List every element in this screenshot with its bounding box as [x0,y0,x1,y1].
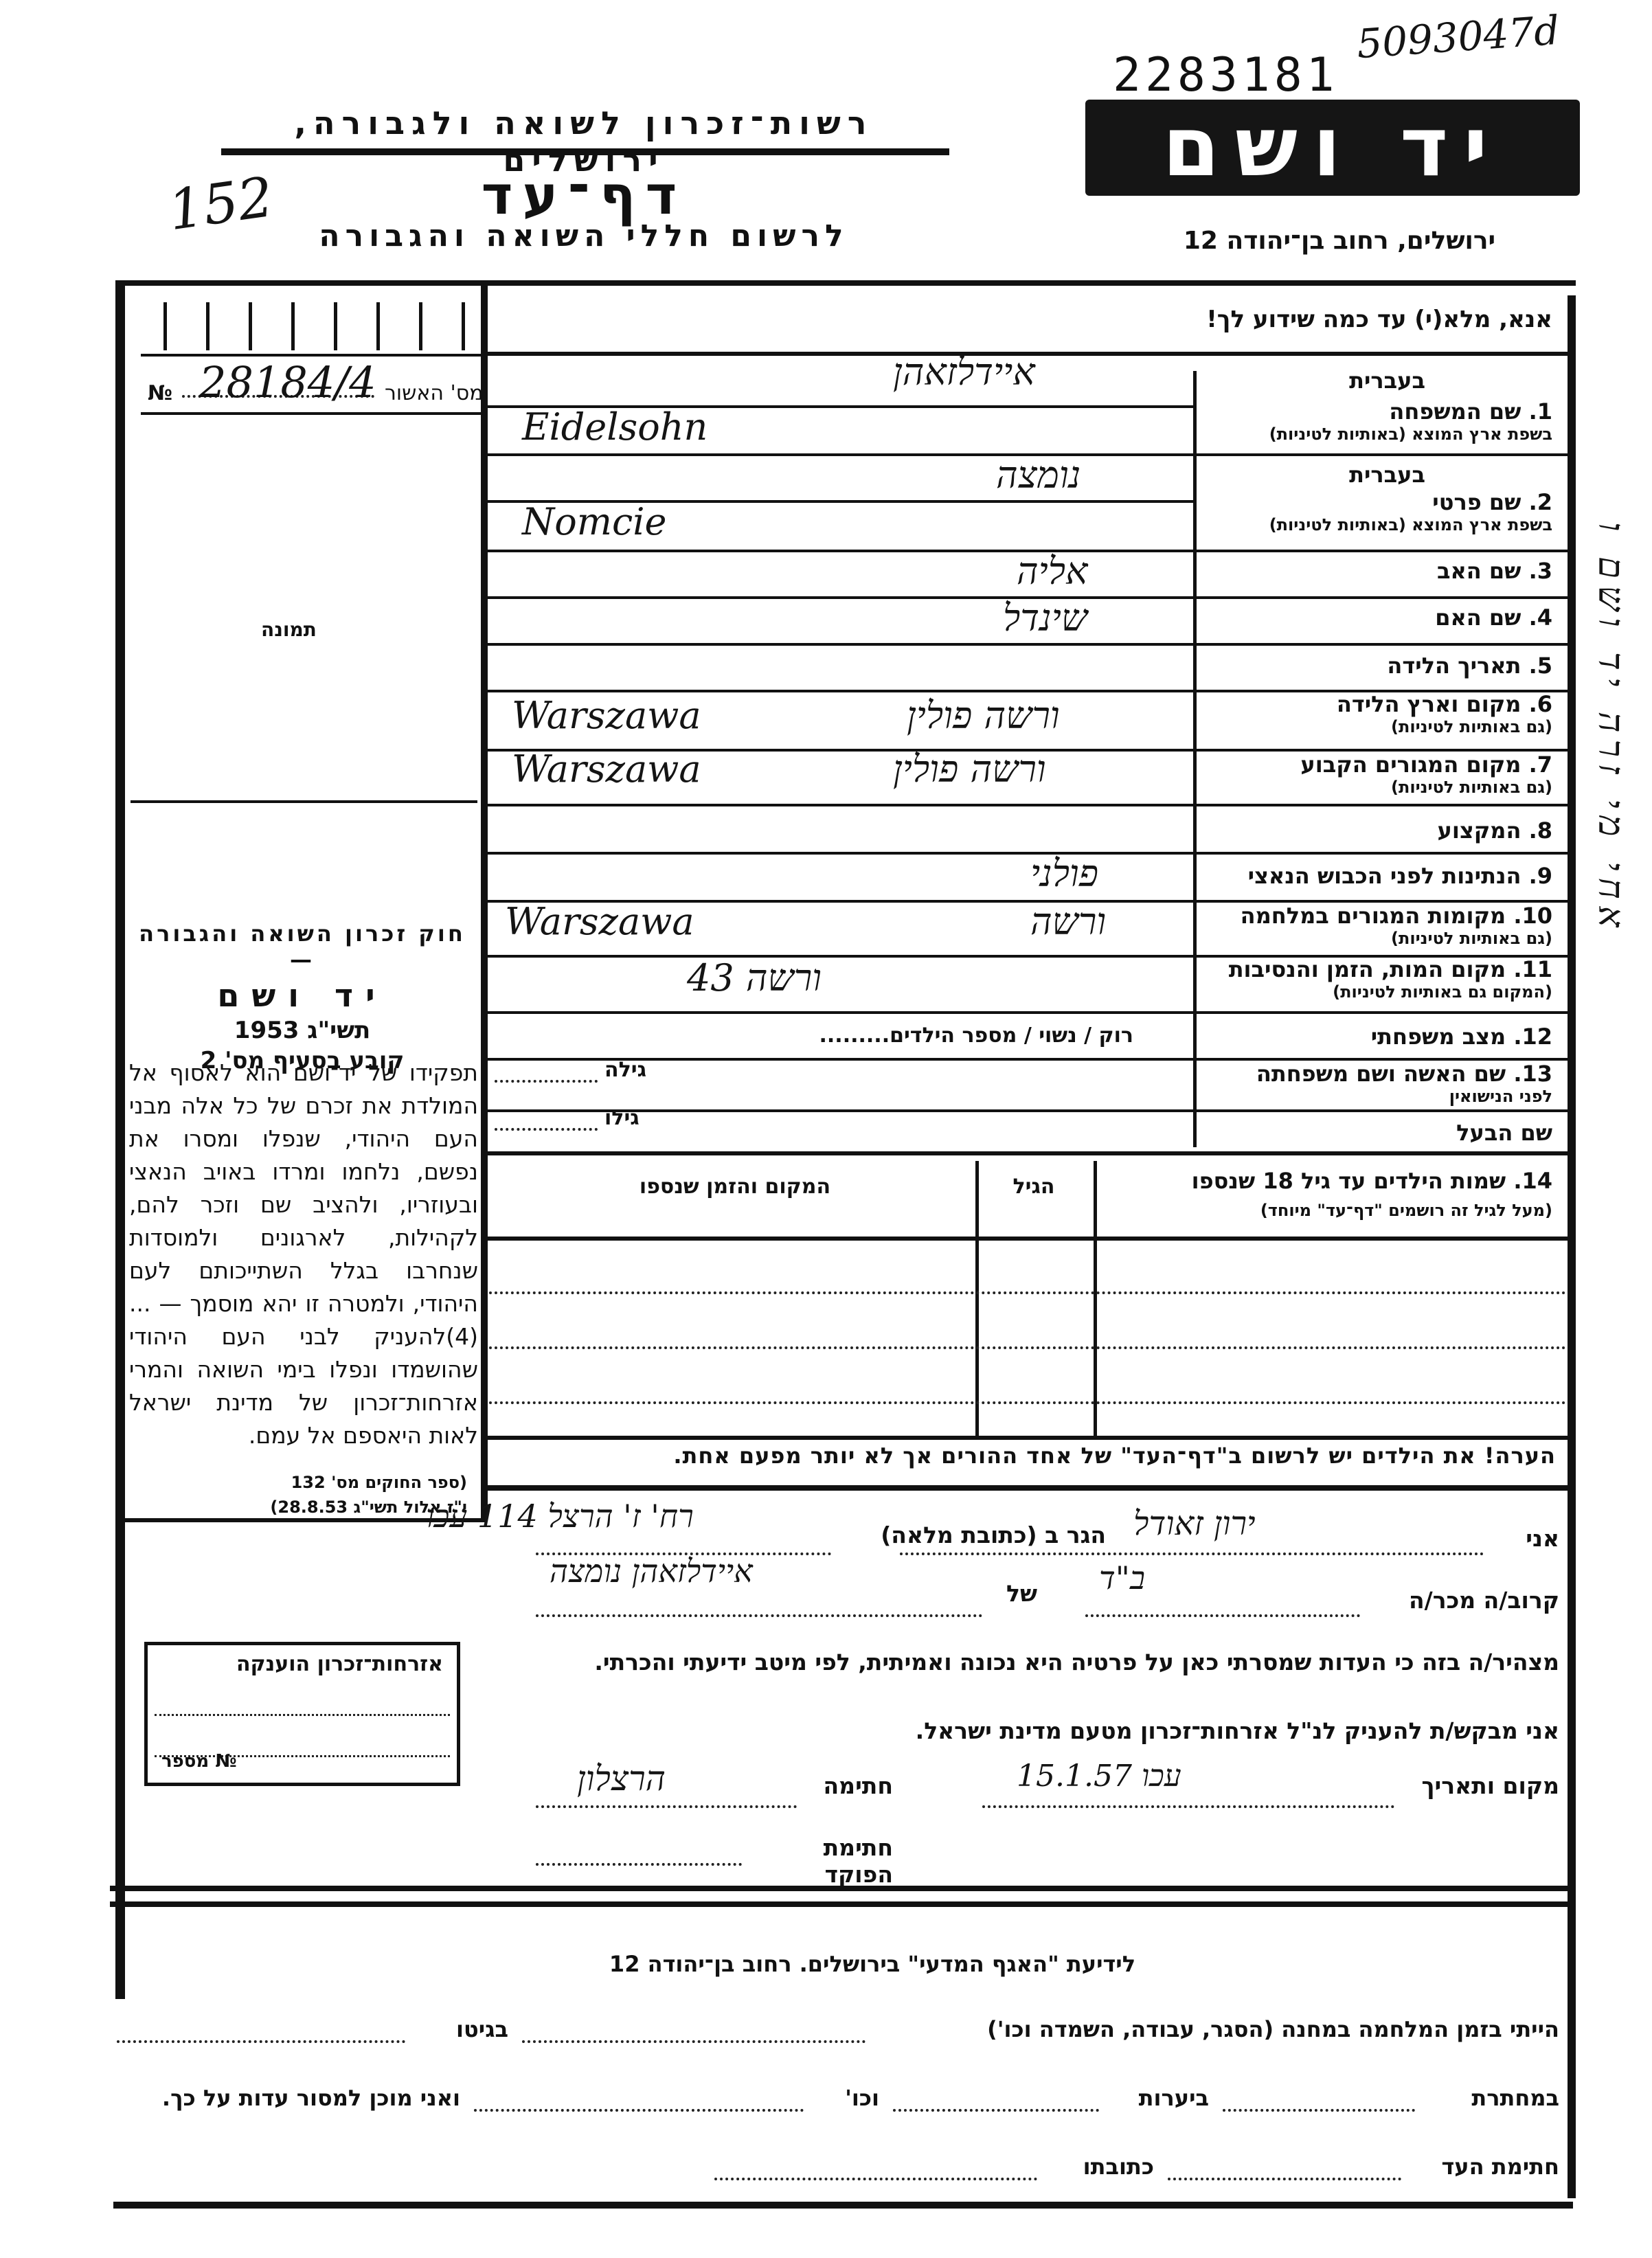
husband-age-label: גילו [604,1106,640,1130]
frame-left-border [115,282,125,1999]
scientific-dept-heading: לידיעת "האגף המדעי" בירושלים. רחוב בן־יה… [495,1951,1250,1977]
family-name-latin-value[interactable]: Eidelsohn [522,405,708,449]
relation-line [1085,1614,1360,1617]
family-name-hebrew-value[interactable]: איידלזאהן [893,350,1035,394]
children-note: הערה! את הילדים יש לרשום ב"דף־העד" של אח… [495,1443,1556,1469]
field-label-father-name: 3. שם האב [1199,558,1552,584]
witness-signature-field[interactable] [1168,2178,1401,2180]
witness-signature-label: חתימת העד [1415,2154,1559,2180]
approval-number-symbol: № [148,381,172,405]
deceased-line [536,1614,982,1617]
law-text: תפקידו של יד־ושם הוא לאסוף אל המולדת את … [129,1057,478,1452]
field-label-wife-name: 13. שם האשה ושם משפחתה לפני הנישואין [1199,1061,1552,1106]
children-section-header: 14. שמות הילדים עד גיל 18 שנספו (מעל לגי… [1099,1168,1552,1220]
tick-mark [249,302,252,350]
marital-status-options[interactable]: רוק / נשוי / מספר הילדים......... [721,1024,1133,1048]
birth-place-hebrew-value[interactable]: ורשה פולין [907,694,1060,737]
field-label-residence: 7. מקום המגורים הקבוע (גם באותיות לטיניו… [1199,752,1552,797]
label-column-divider [1193,371,1197,1147]
section-rule [110,1901,1573,1907]
declaration-statement: מצהיר/ה בזה כי העדות שמסרתי כאן על פרטיה… [495,1649,1559,1675]
signature-value[interactable]: הרצלון [577,1759,666,1798]
wartime-residence-latin-value[interactable]: Warszawa [505,900,694,943]
nationality-value[interactable]: פולני [1030,852,1098,895]
citizenship-box-title: אזרחות־זכרון הוענקה [236,1652,443,1676]
field-label-birth-place: 6. מקום וארץ הלידה (גם באותיות לטיניות) [1199,691,1552,736]
field-label-wartime-residence: 10. מקומות המגורים במלחמה (גם באותיות לט… [1199,903,1552,948]
field-label-death-place: 11. מקום המות, הזמן והנסיבות (המקום גם ב… [1199,956,1552,1002]
law-year: תשי"ג 1953 [131,1017,474,1044]
section-rule [110,1886,1573,1891]
submitter-name-value[interactable]: ירון זאודל [1133,1504,1256,1543]
rule [131,800,477,803]
field-label-first-name: 2. שם פרטי בשפת ארץ המוצא (באותיות לטיני… [1199,489,1552,534]
form-title: דף־עד [446,165,721,227]
children-col-place: המקום והזמן שנספו [495,1175,975,1199]
declaration-request: אני מבקש/ת להעניק לנ"ל אזרחות־זכרון מטעם… [495,1717,1559,1744]
etc-field[interactable] [474,2109,804,2112]
birth-place-latin-value[interactable]: Warszawa [512,694,701,737]
camp-line-label: הייתי בזמן המלחמה במחנה (הסגר, עבודה, הש… [886,2016,1559,2042]
father-name-value[interactable]: אליה [1017,550,1087,593]
law-yad-vashem: יד ושם [131,977,474,1014]
residence-latin-value[interactable]: Warszawa [512,747,701,791]
camp-field[interactable] [522,2040,865,2043]
testimony-willing-label: ואני מוכן למסור עדות על כך. [117,2085,460,2111]
signature-label: חתימה [804,1772,893,1799]
rule [488,1436,1568,1440]
law-title: חוק זכרון השואה והגבורה — [131,921,474,973]
rule [488,1011,1568,1014]
field-label-profession: 8. המקצוע [1199,817,1552,844]
declaration-i-label: אני [1491,1525,1559,1552]
husband-age-field[interactable] [495,1128,598,1131]
citation-line: (ספר החוקים מס' 132 [137,1470,467,1495]
rule [488,804,1568,806]
underground-field[interactable] [1223,2109,1415,2112]
forests-field[interactable] [893,2109,1099,2112]
children-row-line[interactable] [489,1346,1566,1349]
witness-address-field[interactable] [714,2178,1037,2180]
handwritten-ref: 5093047d [1355,7,1561,67]
margin-handwritten-note: אחי מי זרה יד ושם ו [1590,522,1631,934]
tick-mark [163,302,167,350]
photo-area[interactable] [131,419,477,804]
citizenship-granted-box: אזרחות־זכרון הוענקה № מספר [144,1642,460,1786]
of-label: של [996,1580,1037,1607]
field-label-husband-name: שם הבעל [1199,1120,1552,1146]
tick-mark [206,302,210,350]
place-date-label: מקום ותאריך [1408,1772,1559,1799]
wartime-residence-hebrew-value[interactable]: ורשה [1030,900,1106,943]
frame-right-border [1568,295,1576,2198]
tick-mark [291,302,295,350]
tick-mark [419,302,422,350]
rule [488,852,1568,855]
photo-label: תמונה [261,618,317,641]
law-heading: חוק זכרון השואה והגבורה — יד ושם תשי"ג 1… [131,921,474,1074]
birth-date-field[interactable] [489,646,1190,687]
etc-label: וכו' [817,2085,879,2111]
children-row-line[interactable] [489,1401,1566,1404]
residing-label: הגר ב (כתובת מלאה) [845,1522,1106,1548]
officer-signature-line[interactable] [536,1863,742,1866]
witness-address-label: כתובתו [1051,2154,1154,2180]
ref-number-stamp: 2283181 [1113,48,1339,102]
column-divider [481,282,488,1518]
approval-number-label: מס' האשור [385,381,484,405]
deceased-name-value[interactable]: איידלזאהן נומצה [550,1553,753,1590]
header-address: ירושלים, רחוב בן־יהודה 12 [1099,227,1580,255]
tick-mark [376,302,380,350]
rule [488,1109,1568,1112]
field-label-family-name: 1. שם המשפחה בשפת ארץ המוצא (באותיות לטי… [1199,398,1552,444]
underground-label: במחתרת [1429,2085,1559,2111]
children-subtitle: (מעל לגיל זה רושמים "דף־עד" מיוחד) [1099,1201,1552,1220]
relative-label: קרוב/ה מכר/ה [1367,1587,1559,1614]
tick-mark [334,302,337,350]
frame-top-border [115,280,1576,286]
wife-age-field[interactable] [495,1080,598,1083]
signature-line [536,1805,797,1808]
place-date-line [982,1805,1394,1808]
death-place-value[interactable]: ורשה 43 [687,956,822,1000]
children-row-line[interactable] [489,1291,1566,1294]
citation-line: י"ז אלול תשי"ג 28.8.53) [137,1495,467,1520]
field-label-birth-date: 5. תאריך הלידה [1199,653,1552,679]
residence-hebrew-value[interactable]: ורשה פולין [893,747,1046,791]
officer-signature-label: חתימת הפוקד [749,1834,893,1888]
law-citation: (ספר החוקים מס' 132 י"ז אלול תשי"ג 28.8.… [137,1470,467,1520]
yad-vashem-logo: יד ושם [1085,100,1580,196]
hebrew-tag: בעברית [1199,368,1549,394]
children-col-divider [1094,1161,1097,1436]
profession-field[interactable] [489,808,1190,849]
wife-age-label: גילה [604,1058,646,1082]
hebrew-tag: בעברית [1199,462,1549,488]
ghetto-field[interactable] [117,2040,405,2043]
rule [488,1151,1568,1155]
ghetto-label: בגיטו [419,2016,508,2042]
forests-label: ביערות [1113,2085,1209,2111]
form-subtitle: לרשום חללי השואה והגבורה [288,218,879,253]
children-title: 14. שמות הילדים עד גיל 18 שנספו [1099,1168,1552,1194]
field-label-nationality: 9. הנתינות לפני הכבוש הנאצי [1199,863,1552,889]
field-label-marital-status: 12. מצב משפחתי [1199,1024,1552,1050]
mother-name-value[interactable]: שינדל [1003,596,1087,640]
relation-value[interactable]: ב"ד [1099,1559,1145,1596]
form-intro: אנא, מלא(י) עד כמה שידוע לך! [893,306,1552,333]
children-col-age: הגיל [979,1175,1089,1199]
citizenship-line[interactable] [155,1714,450,1716]
header-rule [221,148,949,155]
rule [141,354,481,357]
place-date-value[interactable]: עכו 15.1.57 [1017,1759,1181,1794]
rule [141,412,481,415]
rule [488,1485,1568,1491]
tick-mark [462,302,465,350]
children-col-divider [975,1161,979,1436]
field-label-mother-name: 4. שם האם [1199,605,1552,631]
first-name-hebrew-value[interactable]: נומצה [996,453,1080,497]
handwritten-page-number: 152 [164,165,277,242]
submitter-address-value[interactable]: רח' ז' הרצל 114 עכו [426,1498,694,1535]
approval-number-value[interactable]: 28184/4 [199,357,376,407]
bottom-rule [113,2202,1573,2209]
first-name-latin-value[interactable]: Nomcie [522,500,666,543]
name-line [900,1553,1484,1555]
rule [488,1237,1568,1241]
